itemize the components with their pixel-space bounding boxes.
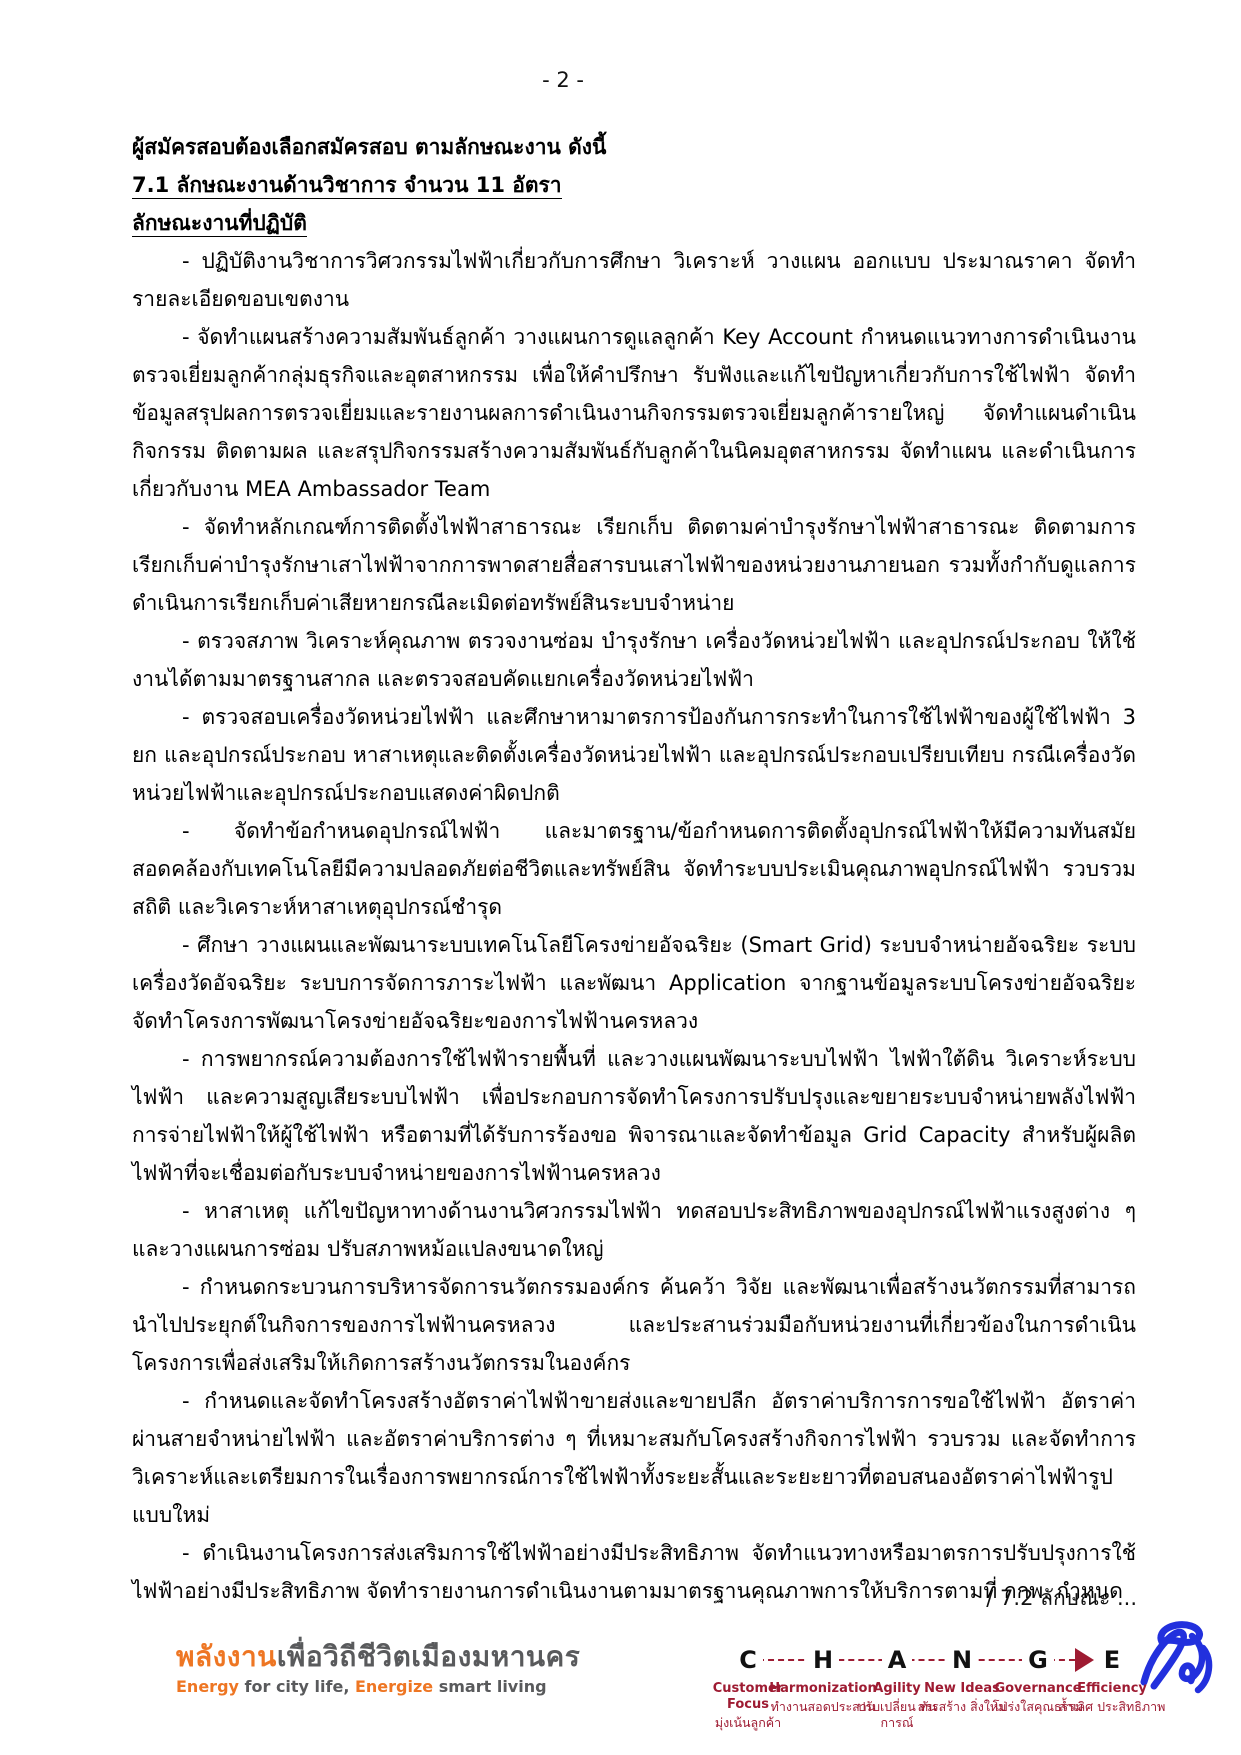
duty-paragraph: - การพยากรณ์ความต้องการใช้ไฟฟ้ารายพื้นที… <box>132 1040 1136 1192</box>
value-thai-label: ล้ำเลิศ ประสิทธิภาพ <box>1057 1699 1167 1715</box>
duty-paragraph: - กำหนดและจัดทำโครงสร้างอัตราค่าไฟฟ้าขาย… <box>132 1382 1136 1534</box>
duty-paragraph: - ตรวจสภาพ วิเคราะห์คุณภาพ ตรวจงานซ่อม บ… <box>132 622 1136 698</box>
duty-paragraph: - จัดทำหลักเกณฑ์การติดตั้งไฟฟ้าสาธารณะ เ… <box>132 508 1136 622</box>
intro-line: ผู้สมัครสอบต้องเลือกสมัครสอบ ตามลักษณะงา… <box>132 128 1136 166</box>
duty-paragraph: - จัดทำข้อกำหนดอุปกรณ์ไฟฟ้า และมาตรฐาน/ข… <box>132 812 1136 926</box>
value-thai-label: มุ่งเน้นลูกค้า <box>693 1715 803 1731</box>
duty-paragraph: - กำหนดกระบวนการบริหารจัดการนวัตกรรมองค์… <box>132 1268 1136 1382</box>
duty-paragraph: - ศึกษา วางแผนและพัฒนาระบบเทคโนโลยีโครงข… <box>132 926 1136 1040</box>
value-letter: G <box>1022 1645 1054 1675</box>
subsection-heading-text: ลักษณะงานที่ปฏิบัติ <box>132 211 307 237</box>
duty-paragraph: - ตรวจสอบเครื่องวัดหน่วยไฟฟ้า และศึกษาหา… <box>132 698 1136 812</box>
duty-paragraph: - จัดทำแผนสร้างความสัมพันธ์ลูกค้า วางแผน… <box>132 318 1136 508</box>
document-page: - 2 - ผู้สมัครสอบต้องเลือกสมัครสอบ ตามลั… <box>0 0 1241 1755</box>
value-column-efficiency: E Efficiency ล้ำเลิศ ประสิทธิภาพ <box>1057 1645 1167 1715</box>
main-content: ผู้สมัครสอบต้องเลือกสมัครสอบ ตามลักษณะงา… <box>132 128 1136 1610</box>
subsection-heading: ลักษณะงานที่ปฏิบัติ <box>132 204 1136 242</box>
value-letter: H <box>807 1645 839 1675</box>
value-letter: N <box>946 1645 978 1675</box>
value-letter: E <box>1098 1645 1126 1675</box>
section-heading: 7.1 ลักษณะงานด้านวิชาการ จำนวน 11 อัตรา <box>132 166 1136 204</box>
page-number: - 2 - <box>0 68 1126 92</box>
continuation-note: / 7.2 ลักษณะ ... <box>986 1582 1137 1615</box>
change-arrow-icon <box>1075 1648 1094 1672</box>
value-name: Efficiency <box>1057 1681 1167 1697</box>
change-values-graphic: C Customer Focus มุ่งเน้นลูกค้า H Harmon… <box>0 1645 1241 1755</box>
duty-paragraph: - หาสาเหตุ แก้ไขปัญหาทางด้านงานวิศวกรรมไ… <box>132 1192 1136 1268</box>
value-letter: C <box>733 1645 763 1675</box>
section-heading-text: 7.1 ลักษณะงานด้านวิชาการ จำนวน 11 อัตรา <box>132 173 562 199</box>
duty-paragraph: - ปฏิบัติงานวิชาการวิศวกรรมไฟฟ้าเกี่ยวกั… <box>132 242 1136 318</box>
